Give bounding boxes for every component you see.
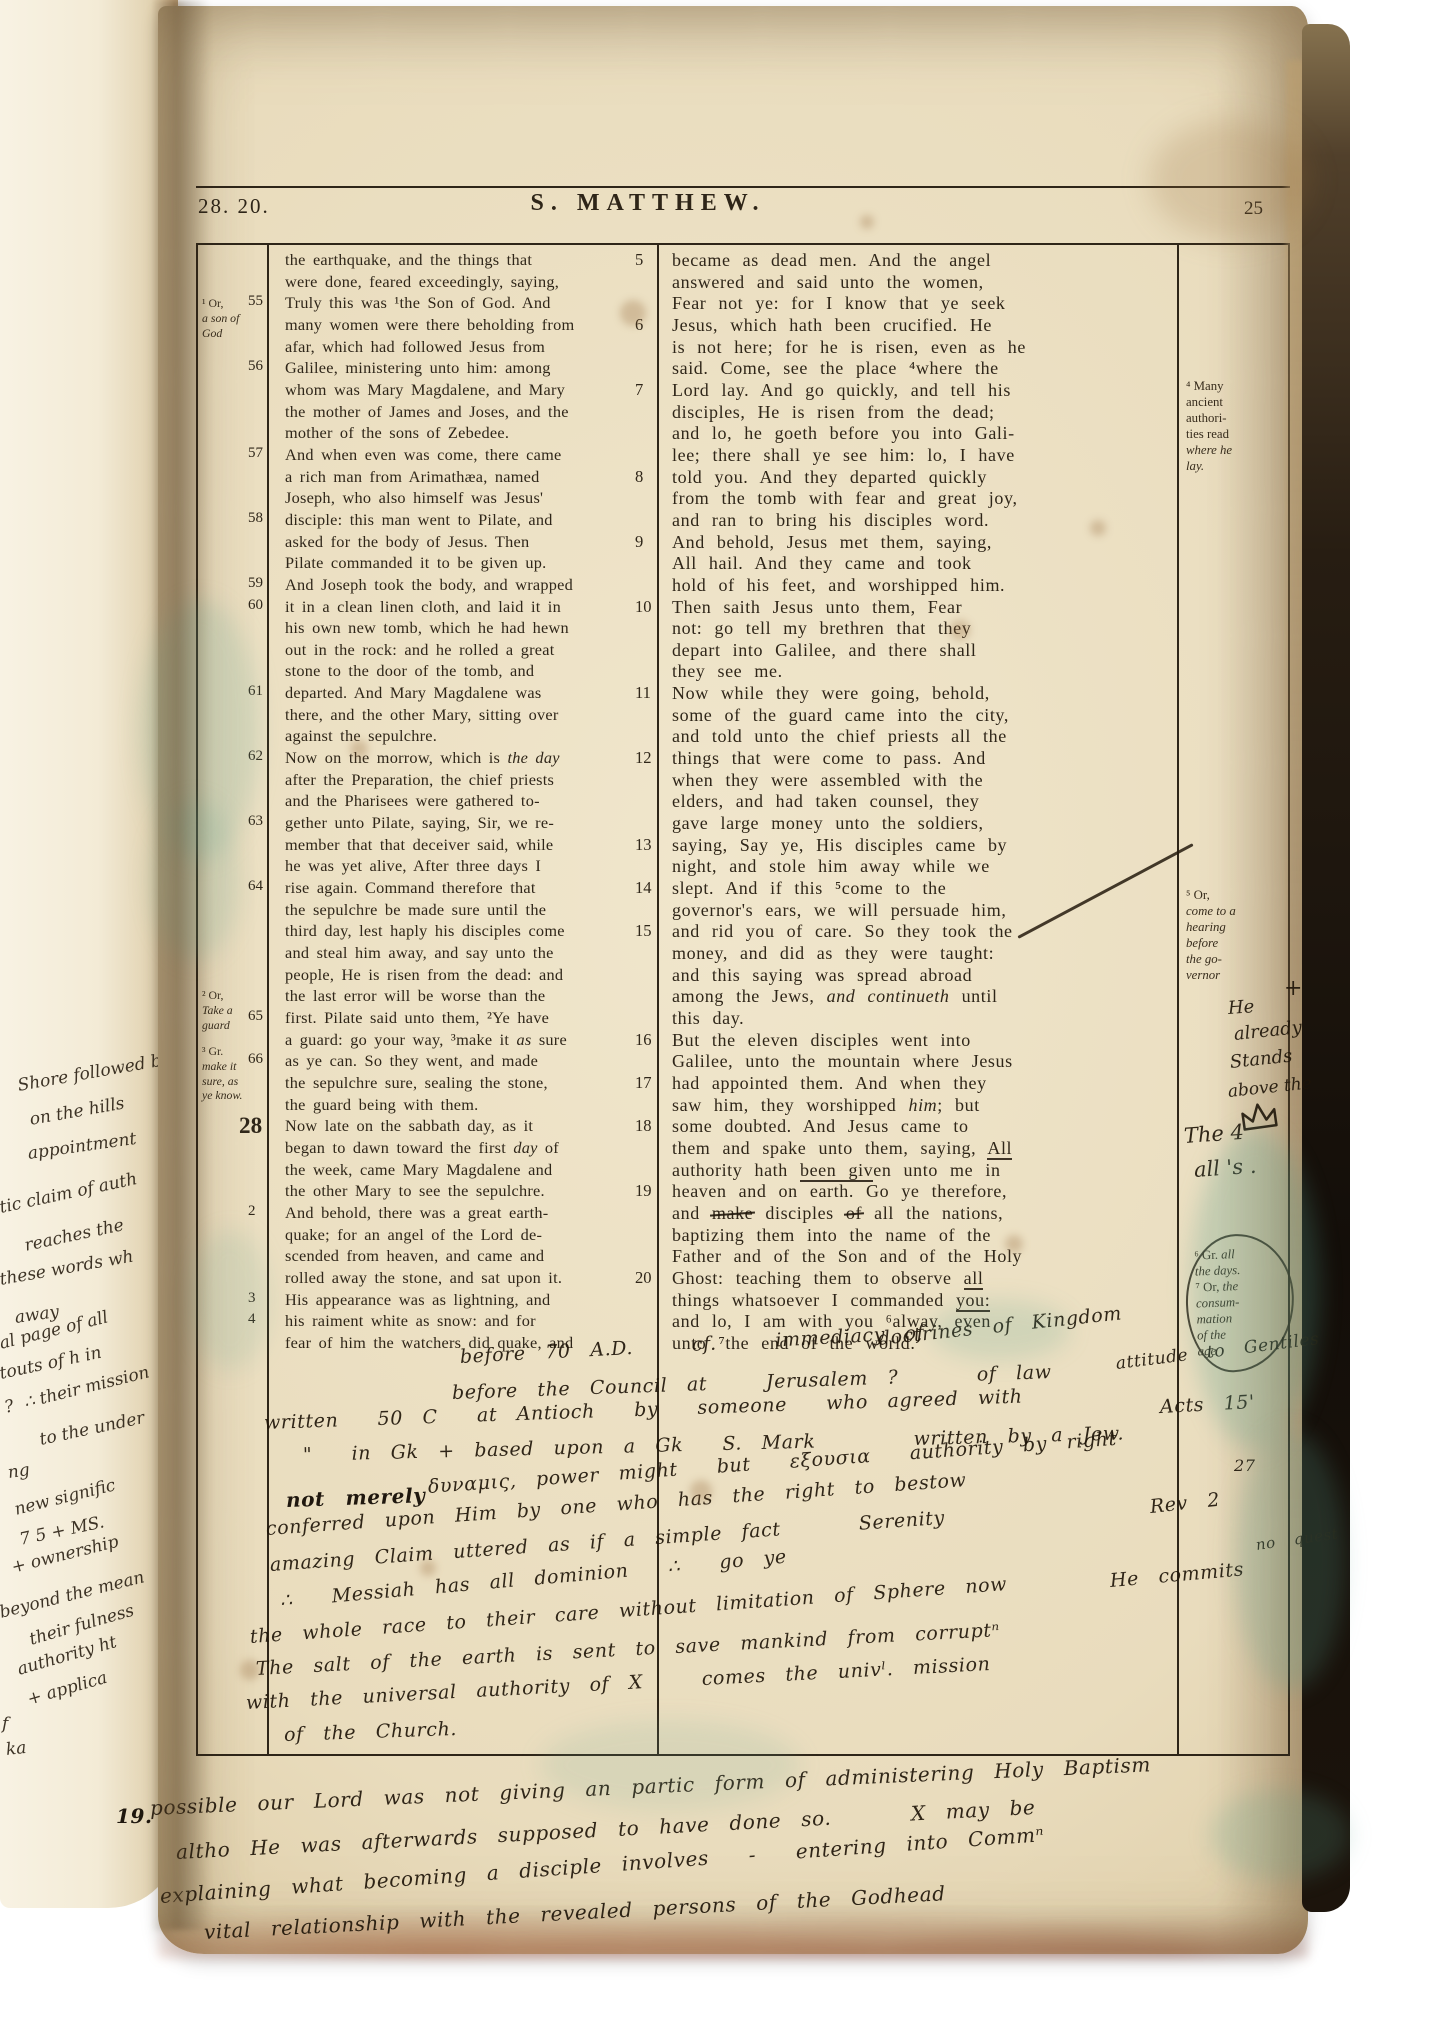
print-line: among the Jews, and continueth until [672, 986, 1172, 1008]
verse-number: 3 [248, 1290, 282, 1307]
verse-text: Galilee, ministering unto him: among [285, 358, 551, 377]
handwriting-line: appointment [27, 1131, 138, 1163]
print-line: and the Pharisees were gathered to- [285, 791, 653, 813]
print-line: 64rise again. Command therefore that [285, 878, 653, 900]
print-line: people, He is risen from the dead: and [285, 965, 653, 987]
print-line: quake; for an angel of the Lord de- [285, 1225, 653, 1247]
verse-text: authority hath been given unto me in [672, 1160, 1001, 1182]
verse-text: Joseph, who also himself was Jesus' [285, 488, 543, 507]
verse-text: this day. [672, 1008, 744, 1028]
print-line: governor's ears, we will persuade him, [672, 900, 1172, 922]
verse-number: 13 [635, 835, 669, 855]
print-line: asked for the body of Jesus. Then [285, 532, 653, 554]
print-line: and make disciples of all the nations, [672, 1203, 1172, 1225]
text-column-right: 5became as dead men. And the angelanswer… [672, 250, 1172, 1354]
verse-text: and steal him away, and say unto the [285, 943, 554, 962]
print-line: and told unto the chief priests all the [672, 726, 1172, 748]
verse-text: Galilee, unto the mountain where Jesus [672, 1051, 1013, 1071]
verse-text: from the tomb with fear and great joy, [672, 488, 1018, 508]
verse-number: 19 [635, 1181, 669, 1201]
print-line: scended from heaven, and came and [285, 1246, 653, 1268]
margin-note: ⁵ Or,come to ahearingbeforethe go-vernor [1186, 887, 1290, 983]
verse-text: asked for the body of Jesus. Then [285, 532, 529, 551]
print-line: 20Ghost: teaching them to observe all [672, 1268, 1172, 1290]
verse-number: 20 [635, 1268, 669, 1288]
page-title: S. MATTHEW. [458, 190, 838, 217]
handwriting-line: He [1227, 998, 1255, 1018]
handwriting-line: to the under [38, 1410, 146, 1449]
verse-text: the sepulchre sure, sealing the stone, [285, 1073, 548, 1092]
print-line: lee; there shall ye see him: lo, I have [672, 445, 1172, 467]
print-line: out in the rock: and he rolled a great [285, 640, 653, 662]
verse-text: mother of the sons of Zebedee. [285, 423, 509, 442]
verse-text: And behold, Jesus met them, saying, [672, 532, 992, 552]
print-line: and this saying was spread abroad [672, 965, 1172, 987]
verse-text: Then saith Jesus unto them, Fear [672, 597, 962, 617]
verse-text: night, and stole him away while we [672, 856, 990, 876]
margin-note: ⁴ Manyancientauthori-ties readwhere hela… [1186, 378, 1290, 474]
print-line: and ran to bring his disciples word. [672, 510, 1172, 532]
verse-text: rise again. Command therefore that [285, 878, 536, 897]
verse-text: elders, and had taken counsel, they [672, 791, 979, 811]
verse-text: some doubted. And Jesus came to [672, 1116, 969, 1136]
handwriting-line: all 's . [1193, 1156, 1257, 1181]
print-line: 28Now late on the sabbath day, as it [285, 1116, 653, 1138]
print-line: member that that deceiver said, while [285, 835, 653, 857]
verse-text: All hail. And they came and took [672, 553, 972, 573]
verse-number: 5 [635, 250, 669, 270]
verse-text: as ye can. So they went, and made [285, 1051, 538, 1070]
verse-text: Now late on the sabbath day, as it [285, 1116, 533, 1135]
verse-text: began to dawn toward the first day of [285, 1138, 559, 1157]
verse-number: 6 [635, 315, 669, 335]
verse-text: Ghost: teaching them to observe all [672, 1268, 983, 1290]
verse-text: against the sepulchre. [285, 726, 437, 745]
header-rule [196, 243, 1290, 245]
print-line: 6Jesus, which hath been crucified. He [672, 315, 1172, 337]
print-line: 57And when even was come, there came [285, 445, 653, 467]
verse-text: his own new tomb, which he had hewn [285, 618, 569, 637]
verse-text: gave large money unto the soldiers, [672, 813, 984, 833]
print-line: 58disciple: this man went to Pilate, and [285, 510, 653, 532]
print-line: rolled away the stone, and sat upon it. [285, 1268, 653, 1290]
verse-text: after the Preparation, the chief priests [285, 770, 554, 789]
print-line: whom was Mary Magdalene, and Mary [285, 380, 653, 402]
handwriting-line: ka [5, 1740, 27, 1759]
print-line: this day. [672, 1008, 1172, 1030]
print-line: there, and the other Mary, sitting over [285, 705, 653, 727]
verse-text: when they were assembled with the [672, 770, 983, 790]
verse-text: saying, Say ye, His disciples came by [672, 835, 1007, 855]
verse-text: and ran to bring his disciples word. [672, 510, 989, 530]
verse-number: 62 [248, 748, 282, 765]
print-line: the other Mary to see the sepulchre. [285, 1181, 653, 1203]
print-line: answered and said unto the women, [672, 272, 1172, 294]
verse-text: Now while they were going, behold, [672, 683, 990, 703]
print-line: gave large money unto the soldiers, [672, 813, 1172, 835]
verse-text: afar, which had followed Jesus from [285, 337, 545, 356]
verse-number: 4 [248, 1311, 282, 1328]
print-line: afar, which had followed Jesus from [285, 337, 653, 359]
verse-text: And when even was come, there came [285, 445, 562, 464]
verse-text: first. Pilate said unto them, ²Ye have [285, 1008, 549, 1027]
verse-text: gether unto Pilate, saying, Sir, we re- [285, 813, 554, 832]
verse-text: and this saying was spread abroad [672, 965, 972, 985]
print-line: and steal him away, and say unto the [285, 943, 653, 965]
print-line: 3His appearance was as lightning, and [285, 1290, 653, 1312]
print-line: 13saying, Say ye, His disciples came by [672, 835, 1172, 857]
verse-number: 64 [248, 878, 282, 895]
right-notes-rule [1177, 243, 1179, 1754]
print-line: 12things that were come to pass. And [672, 748, 1172, 770]
print-line: the last error will be worse than the [285, 986, 653, 1008]
print-line: a rich man from Arimathæa, named [285, 467, 653, 489]
print-line: hold of his feet, and worshipped him. [672, 575, 1172, 597]
verse-number: 16 [635, 1030, 669, 1050]
print-line: and lo, he goeth before you into Gali- [672, 423, 1172, 445]
print-line: he was yet alive, After three days I [285, 856, 653, 878]
verse-text: the last error will be worse than the [285, 986, 545, 1005]
verse-text: baptizing them into the name of the [672, 1225, 991, 1245]
verse-text: he was yet alive, After three days I [285, 856, 541, 875]
verse-text: quake; for an angel of the Lord de- [285, 1225, 542, 1244]
verse-text: and told unto the chief priests all the [672, 726, 1007, 746]
print-line: a guard: go your way, ³make it as sure [285, 1030, 653, 1052]
print-line: Joseph, who also himself was Jesus' [285, 488, 653, 510]
handwriting-line: + applica [26, 1670, 110, 1709]
verse-text: them and spake unto them, saying, All [672, 1138, 1012, 1160]
verse-text: the earthquake, and the things that [285, 250, 532, 269]
print-line: mother of the sons of Zebedee. [285, 423, 653, 445]
handwriting-line: The 4 [1183, 1122, 1244, 1147]
print-line: disciples, He is risen from the dead; [672, 402, 1172, 424]
print-line: 4his raiment white as snow: and for [285, 1311, 653, 1333]
verse-text: whom was Mary Magdalene, and Mary [285, 380, 565, 399]
print-line: 2And behold, there was a great earth- [285, 1203, 653, 1225]
verse-text: some of the guard came into the city, [672, 705, 1009, 725]
verse-text: stone to the door of the tomb, and [285, 661, 534, 680]
verse-text: third day, lest haply his disciples come [285, 921, 565, 940]
print-line: is not here; for he is risen, even as he [672, 337, 1172, 359]
print-line: elders, and had taken counsel, they [672, 791, 1172, 813]
handwriting-line: on the hills [29, 1095, 126, 1128]
verse-number: 61 [248, 683, 282, 700]
print-line: the sepulchre be made sure until the [285, 900, 653, 922]
print-line: Father and of the Son and of the Holy [672, 1246, 1172, 1268]
print-line: the mother of James and Joses, and the [285, 402, 653, 424]
print-line: 17had appointed them. And when they [672, 1073, 1172, 1095]
verse-text: the week, came Mary Magdalene and [285, 1160, 552, 1179]
margin-note: ¹ Or,a son ofGod [202, 296, 272, 340]
print-line: 62Now on the morrow, which is the day [285, 748, 653, 770]
verse-number: 7 [635, 380, 669, 400]
verse-text: the guard being with them. [285, 1095, 478, 1114]
margin-note: ³ Gr.make itsure, asye know. [202, 1044, 272, 1103]
text-column-left: the earthquake, and the things thatwere … [285, 250, 653, 1354]
verse-text: said. Come, see the place ⁴where the [672, 358, 999, 378]
print-line: 56Galilee, ministering unto him: among [285, 358, 653, 380]
verse-number: 14 [635, 878, 669, 898]
print-line: his own new tomb, which he had hewn [285, 618, 653, 640]
print-line: Galilee, unto the mountain where Jesus [672, 1051, 1172, 1073]
handwriting-line: tic claim of auth [0, 1171, 139, 1217]
print-line: Pilate commanded it to be given up. [285, 553, 653, 575]
print-line: the guard being with them. [285, 1095, 653, 1117]
verse-text: told you. And they departed quickly [672, 467, 987, 487]
verse-number: 12 [635, 748, 669, 768]
verse-text: became as dead men. And the angel [672, 250, 991, 270]
verse-text: the other Mary to see the sepulchre. [285, 1181, 545, 1200]
verse-text: But the eleven disciples went into [672, 1030, 971, 1050]
verse-text: not: go tell my brethren that they [672, 618, 971, 638]
verse-text: hold of his feet, and worshipped him. [672, 575, 1005, 595]
print-line: many women were there beholding from [285, 315, 653, 337]
print-line: All hail. And they came and took [672, 553, 1172, 575]
print-line: not: go tell my brethren that they [672, 618, 1172, 640]
verse-text: the mother of James and Joses, and the [285, 402, 569, 421]
print-line: 19heaven and on earth. Go ye therefore, [672, 1181, 1172, 1203]
verse-number: 58 [248, 510, 282, 527]
print-line: 66as ye can. So they went, and made [285, 1051, 653, 1073]
verse-number: 8 [635, 467, 669, 487]
verse-text: and the Pharisees were gathered to- [285, 791, 540, 810]
print-line: 15and rid you of care. So they took the [672, 921, 1172, 943]
verse-text: answered and said unto the women, [672, 272, 984, 292]
verse-text: disciples, He is risen from the dead; [672, 402, 995, 422]
verse-text: governor's ears, we will persuade him, [672, 900, 1006, 920]
print-line: 16But the eleven disciples went into [672, 1030, 1172, 1052]
print-line: after the Preparation, the chief priests [285, 770, 653, 792]
print-line: 59And Joseph took the body, and wrapped [285, 575, 653, 597]
verse-number: 56 [248, 358, 282, 375]
print-line: 55Truly this was ¹the Son of God. And [285, 293, 653, 315]
verse-number: 59 [248, 575, 282, 592]
print-line: them and spake unto them, saying, All [672, 1138, 1172, 1160]
verse-text: and lo, he goeth before you into Gali- [672, 423, 1015, 443]
print-line: baptizing them into the name of the [672, 1225, 1172, 1247]
print-line: 7Lord lay. And go quickly, and tell his [672, 380, 1172, 402]
verse-text: And Joseph took the body, and wrapped [285, 575, 573, 594]
verse-text: had appointed them. And when they [672, 1073, 987, 1093]
handwriting-line: f [2, 1716, 8, 1733]
verse-text: heaven and on earth. Go ye therefore, [672, 1181, 1007, 1201]
print-line: began to dawn toward the first day of [285, 1138, 653, 1160]
handwriting-line: Acts 15' [1160, 1393, 1256, 1417]
print-line: Fear not ye: for I know that ye seek [672, 293, 1172, 315]
verse-text: out in the rock: and he rolled a great [285, 640, 555, 659]
print-line: 61departed. And Mary Magdalene was [285, 683, 653, 705]
print-line: 11Now while they were going, behold, [672, 683, 1172, 705]
verse-text: there, and the other Mary, sitting over [285, 705, 559, 724]
print-line: saw him, they worshipped him; but [672, 1095, 1172, 1117]
verse-number: 17 [635, 1073, 669, 1093]
print-line: third day, lest haply his disciples come [285, 921, 653, 943]
print-line: the week, came Mary Magdalene and [285, 1160, 653, 1182]
verse-text: money, and did as they were taught: [672, 943, 994, 963]
verse-number: 60 [248, 597, 282, 614]
binding-edge [1302, 24, 1350, 1912]
verse-text: they see me. [672, 661, 783, 681]
verse-number: 9 [635, 532, 669, 552]
print-line: against the sepulchre. [285, 726, 653, 748]
verse-number: 15 [635, 921, 669, 941]
verse-text: slept. And if this ⁵come to the [672, 878, 946, 898]
print-line: 10Then saith Jesus unto them, Fear [672, 597, 1172, 619]
verse-text: things whatsoever I commanded you: [672, 1290, 990, 1312]
handwriting-line: 19. [116, 1806, 153, 1826]
margin-note: ² Or,Take aguard [202, 988, 272, 1032]
verse-text: His appearance was as lightning, and [285, 1290, 550, 1309]
verse-text: things that were come to pass. And [672, 748, 986, 768]
print-line: some of the guard came into the city, [672, 705, 1172, 727]
print-line: the earthquake, and the things that [285, 250, 653, 272]
print-line: stone to the door of the tomb, and [285, 661, 653, 683]
verse-text: it in a clean linen cloth, and laid it i… [285, 597, 561, 616]
verse-text: and rid you of care. So they took the [672, 921, 1013, 941]
page-number: 25 [1244, 198, 1263, 220]
verse-text: Pilate commanded it to be given up. [285, 553, 546, 572]
verse-text: Jesus, which hath been crucified. He [672, 315, 992, 335]
print-line: depart into Galilee, and there shall [672, 640, 1172, 662]
verse-number: 63 [248, 813, 282, 830]
print-line: 63gether unto Pilate, saying, Sir, we re… [285, 813, 653, 835]
verse-text: the sepulchre be made sure until the [285, 900, 546, 919]
book-photo: Shore followed byon the hillsappointment… [0, 0, 1445, 2023]
verse-text: Now on the morrow, which is the day [285, 748, 560, 767]
print-line: when they were assembled with the [672, 770, 1172, 792]
print-line: 18some doubted. And Jesus came to [672, 1116, 1172, 1138]
verse-text: a guard: go your way, ³make it as sure [285, 1030, 567, 1049]
print-line: 5became as dead men. And the angel [672, 250, 1172, 272]
print-line: authority hath been given unto me in [672, 1160, 1172, 1182]
verse-text: disciple: this man went to Pilate, and [285, 510, 553, 529]
verse-number: 57 [248, 445, 282, 462]
verse-text: And behold, there was a great earth- [285, 1203, 548, 1222]
verse-text: depart into Galilee, and there shall [672, 640, 977, 660]
verse-text: rolled away the stone, and sat upon it. [285, 1268, 562, 1287]
verse-text: scended from heaven, and came and [285, 1246, 544, 1265]
verse-text: Truly this was ¹the Son of God. And [285, 293, 551, 312]
verse-text: is not here; for he is risen, even as he [672, 337, 1026, 357]
verse-text: and make disciples of all the nations, [672, 1203, 1003, 1223]
verse-number: 18 [635, 1116, 669, 1136]
print-line: said. Come, see the place ⁴where the [672, 358, 1172, 380]
print-line: 9And behold, Jesus met them, saying, [672, 532, 1172, 554]
verse-text: lee; there shall ye see him: lo, I have [672, 445, 1015, 465]
verse-text: saw him, they worshipped him; but [672, 1095, 980, 1115]
book-gutter-shadow [150, 0, 210, 1930]
verse-number: 10 [635, 597, 669, 617]
handwriting-line: 27 [1234, 1458, 1256, 1474]
print-line: were done, feared exceedingly, saying, [285, 272, 653, 294]
print-line: they see me. [672, 661, 1172, 683]
verse-text: member that that deceiver said, while [285, 835, 553, 854]
top-rule [196, 186, 1290, 188]
print-line: from the tomb with fear and great joy, [672, 488, 1172, 510]
handwriting-line: these words wh [0, 1249, 135, 1289]
verse-text: people, He is risen from the dead: and [285, 965, 563, 984]
verse-text: his raiment white as snow: and for [285, 1311, 536, 1330]
handwriting-line: reaches the [23, 1217, 125, 1255]
verse-text: a rich man from Arimathæa, named [285, 467, 539, 486]
verse-text: were done, feared exceedingly, saying, [285, 272, 559, 291]
handwriting-line: not merely [286, 1485, 426, 1510]
handwriting-line: ng [7, 1462, 31, 1482]
handwriting-line: + [1284, 978, 1302, 1000]
verse-number: 11 [635, 683, 669, 703]
chapter-number: 28 [239, 1113, 281, 1140]
print-line: night, and stole him away while we [672, 856, 1172, 878]
print-line: 65first. Pilate said unto them, ²Ye have [285, 1008, 653, 1030]
verse-text: departed. And Mary Magdalene was [285, 683, 541, 702]
verse-text: Father and of the Son and of the Holy [672, 1246, 1022, 1266]
verse-text: Fear not ye: for I know that ye seek [672, 293, 1006, 313]
print-line: the sepulchre sure, sealing the stone, [285, 1073, 653, 1095]
verse-text: Lord lay. And go quickly, and tell his [672, 380, 1011, 400]
verse-text: many women were there beholding from [285, 315, 574, 334]
print-line: money, and did as they were taught: [672, 943, 1172, 965]
print-line: 60it in a clean linen cloth, and laid it… [285, 597, 653, 619]
verse-number: 2 [248, 1203, 282, 1220]
print-line: 8told you. And they departed quickly [672, 467, 1172, 489]
verse-text: among the Jews, and continueth until [672, 986, 998, 1006]
